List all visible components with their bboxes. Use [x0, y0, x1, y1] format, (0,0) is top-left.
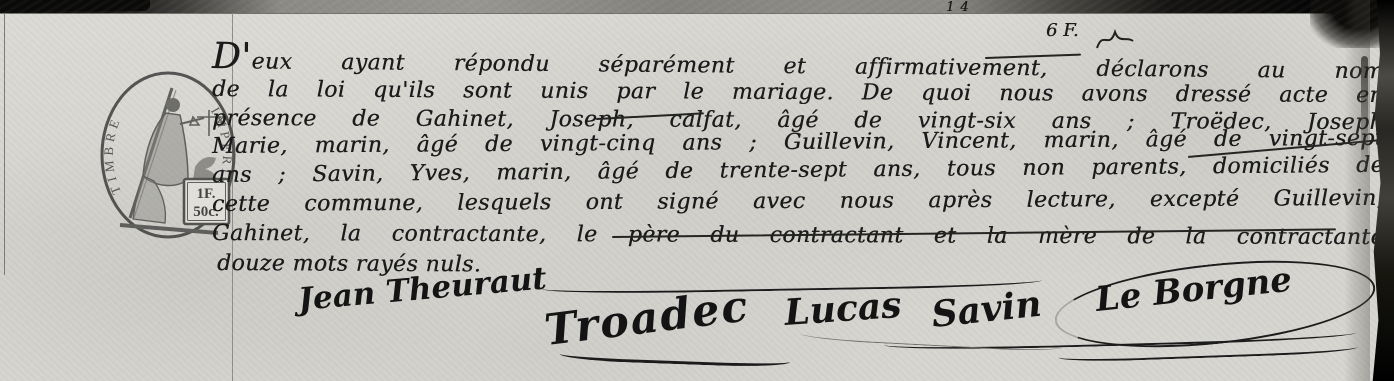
- fee-note-annotation: 6 F.: [1046, 20, 1079, 41]
- stamp-arc-left-label: TIMBRE: [101, 113, 124, 196]
- top-edge-dark-blob-left: [0, 0, 150, 11]
- right-edge-ink-streak: [1361, 56, 1368, 176]
- inserted-scribble-mark: [1094, 26, 1136, 54]
- stamp-arc-text-left: TIMBRE: [101, 113, 124, 196]
- signature-lucas: Lucas: [783, 284, 903, 334]
- figure-head: [166, 98, 180, 112]
- left-page-edge-line: [4, 13, 5, 275]
- top-page-edge: [0, 0, 1394, 14]
- page-number-mark: 14: [946, 0, 975, 15]
